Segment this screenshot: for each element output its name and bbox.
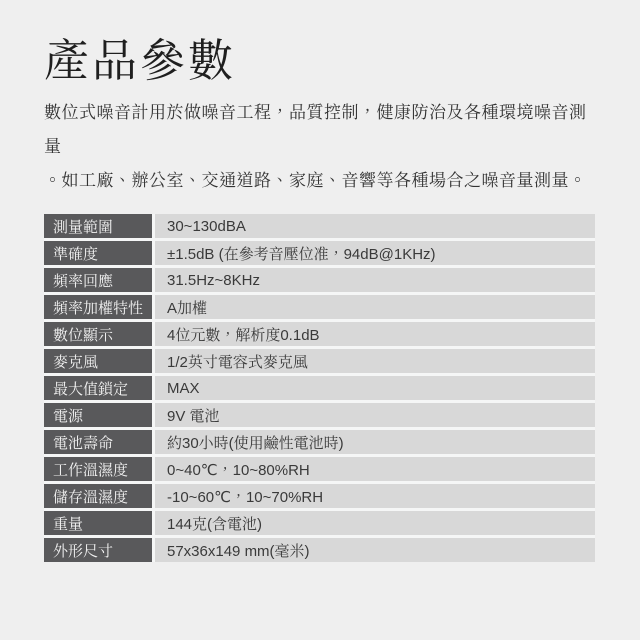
table-row: 儲存溫濕度 -10~60℃，10~70%RH <box>44 484 595 508</box>
spec-value-cell: 0~40℃，10~80%RH <box>155 457 595 481</box>
spec-label-cell: 測量範圍 <box>44 214 152 238</box>
spec-value-cell: 31.5Hz~8KHz <box>155 268 595 292</box>
spec-value-cell: 4位元數，解析度0.1dB <box>155 322 595 346</box>
table-row: 數位顯示 4位元數，解析度0.1dB <box>44 322 595 346</box>
table-row: 麥克風 1/2英寸電容式麥克風 <box>44 349 595 373</box>
table-row: 頻率回應 31.5Hz~8KHz <box>44 268 595 292</box>
description-line-2: 。如工廠、辦公室、交通道路、家庭、音響等各種場合之噪音量測量。 <box>44 171 587 190</box>
spec-value-cell: 9V 電池 <box>155 403 595 427</box>
spec-value-cell: ±1.5dB (在參考音壓位准，94dB@1KHz) <box>155 241 595 265</box>
spec-value-cell: MAX <box>155 376 595 400</box>
spec-label-cell: 重量 <box>44 511 152 535</box>
table-row: 最大值鎖定 MAX <box>44 376 595 400</box>
table-row: 電源 9V 電池 <box>44 403 595 427</box>
table-row: 頻率加權特性 A加權 <box>44 295 595 319</box>
spec-label-cell: 儲存溫濕度 <box>44 484 152 508</box>
spec-value-cell: 57x36x149 mm(毫米) <box>155 538 595 562</box>
spec-label-cell: 準確度 <box>44 241 152 265</box>
spec-label-cell: 麥克風 <box>44 349 152 373</box>
spec-label-cell: 最大值鎖定 <box>44 376 152 400</box>
table-row: 電池壽命 約30小時(使用鹼性電池時) <box>44 430 595 454</box>
description-line-1: 數位式噪音計用於做噪音工程，品質控制，健康防治及各種環境噪音測量 <box>44 103 587 156</box>
table-row: 測量範圍 30~130dBA <box>44 214 595 238</box>
spec-label-cell: 電源 <box>44 403 152 427</box>
product-specs-page: 產品參數 數位式噪音計用於做噪音工程，品質控制，健康防治及各種環境噪音測量。如工… <box>0 0 640 640</box>
table-row: 重量 144克(含電池) <box>44 511 595 535</box>
spec-label-cell: 頻率加權特性 <box>44 295 152 319</box>
spec-value-cell: 144克(含電池) <box>155 511 595 535</box>
spec-table: 測量範圍 30~130dBA 準確度 ±1.5dB (在參考音壓位准，94dB@… <box>44 214 595 562</box>
spec-value-cell: 1/2英寸電容式麥克風 <box>155 349 595 373</box>
spec-value-cell: 約30小時(使用鹼性電池時) <box>155 430 595 454</box>
table-row: 外形尺寸 57x36x149 mm(毫米) <box>44 538 595 562</box>
table-row: 工作溫濕度 0~40℃，10~80%RH <box>44 457 595 481</box>
product-description: 數位式噪音計用於做噪音工程，品質控制，健康防治及各種環境噪音測量。如工廠、辦公室… <box>44 96 595 198</box>
spec-value-cell: 30~130dBA <box>155 214 595 238</box>
spec-label-cell: 工作溫濕度 <box>44 457 152 481</box>
spec-value-cell: -10~60℃，10~70%RH <box>155 484 595 508</box>
spec-value-cell: A加權 <box>155 295 595 319</box>
spec-label-cell: 電池壽命 <box>44 430 152 454</box>
page-title: 產品參數 <box>44 34 595 88</box>
spec-label-cell: 外形尺寸 <box>44 538 152 562</box>
spec-label-cell: 頻率回應 <box>44 268 152 292</box>
table-row: 準確度 ±1.5dB (在參考音壓位准，94dB@1KHz) <box>44 241 595 265</box>
spec-label-cell: 數位顯示 <box>44 322 152 346</box>
product-spec-screenshot: { "page": { "title": "產品參數", "descriptio… <box>0 0 640 640</box>
